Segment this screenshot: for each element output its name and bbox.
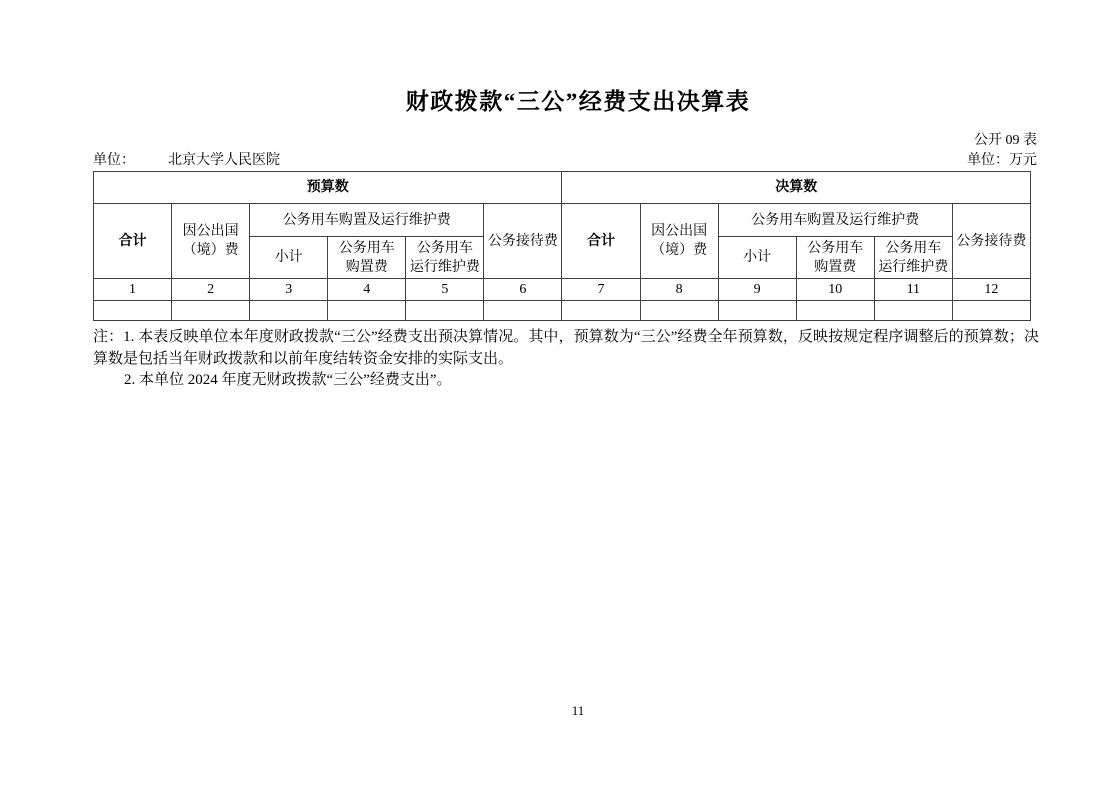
column-index-6: 6 — [484, 279, 562, 301]
column-index-12: 12 — [952, 279, 1030, 301]
column-index-3: 3 — [250, 279, 328, 301]
header-purchase-budget: 公务用车 购置费 — [328, 237, 406, 279]
meta-row: 单位：北京大学人民医院 单位：万元 — [93, 149, 1037, 169]
header-reception-final: 公务接待费 — [952, 204, 1030, 279]
header-reception-budget: 公务接待费 — [484, 204, 562, 279]
page-number: 11 — [38, 703, 1118, 719]
data-cell-7 — [562, 301, 640, 321]
header-purchase-final: 公务用车 购置费 — [796, 237, 874, 279]
data-cell-6 — [484, 301, 562, 321]
header-abroad-budget: 因公出国 （境）费 — [172, 204, 250, 279]
data-cell-4 — [328, 301, 406, 321]
data-cell-3 — [250, 301, 328, 321]
three-public-expense-table: 预算数 决算数 合计 因公出国 （境）费 公务用车购置及运行维护费 公务接待费 … — [93, 171, 1031, 321]
column-index-4: 4 — [328, 279, 406, 301]
column-index-1: 1 — [94, 279, 172, 301]
header-vehicle-group-budget: 公务用车购置及运行维护费 — [250, 204, 484, 237]
column-index-7: 7 — [562, 279, 640, 301]
unit-label: 单位： — [93, 153, 135, 168]
unit-line: 单位：北京大学人民医院 — [93, 149, 280, 169]
note-2: 2. 本单位 2024 年度无财政拨款“三公”经费支出”。 — [93, 370, 1039, 392]
data-cell-1 — [94, 301, 172, 321]
header-maintenance-budget: 公务用车 运行维护费 — [406, 237, 484, 279]
header-subtotal-budget: 小计 — [250, 237, 328, 279]
data-cell-5 — [406, 301, 484, 321]
header-total-final: 合计 — [562, 204, 640, 279]
data-cell-11 — [874, 301, 952, 321]
column-index-10: 10 — [796, 279, 874, 301]
currency-unit-label: 单位：万元 — [967, 149, 1037, 169]
header-abroad-final: 因公出国 （境）费 — [640, 204, 718, 279]
note-1: 注：1. 本表反映单位本年度财政拨款“三公”经费支出预决算情况。其中，预算数为“… — [93, 327, 1039, 370]
unit-name: 北京大学人民医院 — [168, 153, 280, 168]
form-code-label: 公开 09 表 — [93, 129, 1037, 149]
data-cell-8 — [640, 301, 718, 321]
header-maintenance-final: 公务用车 运行维护费 — [874, 237, 952, 279]
column-index-5: 5 — [406, 279, 484, 301]
header-vehicle-group-final: 公务用车购置及运行维护费 — [718, 204, 952, 237]
document-page: 财政拨款“三公”经费支出决算表 公开 09 表 单位：北京大学人民医院 单位：万… — [0, 0, 1118, 790]
page-title: 财政拨款“三公”经费支出决算表 — [38, 83, 1118, 116]
data-cell-10 — [796, 301, 874, 321]
column-index-11: 11 — [874, 279, 952, 301]
data-cell-9 — [718, 301, 796, 321]
notes-section: 注：1. 本表反映单位本年度财政拨款“三公”经费支出预决算情况。其中，预算数为“… — [93, 327, 1039, 392]
column-index-2: 2 — [172, 279, 250, 301]
column-index-9: 9 — [718, 279, 796, 301]
header-total-budget: 合计 — [94, 204, 172, 279]
header-group-final: 决算数 — [562, 172, 1031, 204]
header-subtotal-final: 小计 — [718, 237, 796, 279]
data-cell-12 — [952, 301, 1030, 321]
data-cell-2 — [172, 301, 250, 321]
header-group-budget: 预算数 — [94, 172, 562, 204]
column-index-8: 8 — [640, 279, 718, 301]
